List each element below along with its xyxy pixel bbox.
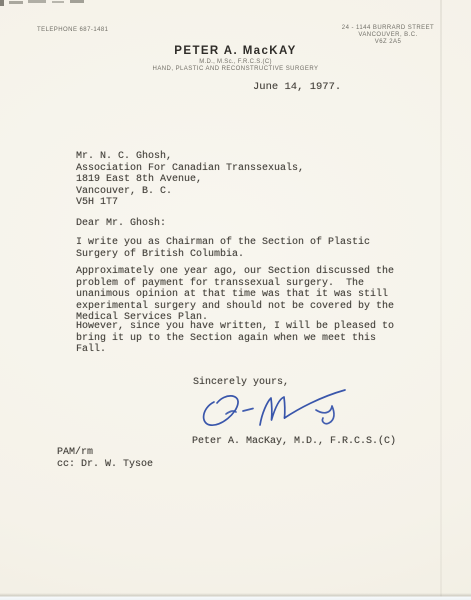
letterhead-address: 24 - 1144 BURRARD STREETVANCOUVER, B.C.V… <box>330 25 446 46</box>
text-line: However, since you have written, I will … <box>76 321 394 333</box>
cc-line: cc: Dr. W. Tysoe <box>57 459 153 471</box>
text-line: bring it up to the Section again when we… <box>76 333 394 345</box>
text-line: Mr. N. C. Ghosh, <box>76 151 304 163</box>
scanned-letter-page: TELEPHONE 687-1481 24 - 1144 BURRARD STR… <box>0 0 471 600</box>
salutation: Dear Mr. Ghosh: <box>76 218 166 230</box>
text-line: experimental surgery and should not be c… <box>76 301 394 313</box>
reference-initials: PAM/rm <box>57 447 93 459</box>
signer-typed-name: Peter A. MacKay, M.D., F.R.C.S.(C) <box>192 436 396 448</box>
text-line: 24 - 1144 BURRARD STREET <box>330 25 446 32</box>
text-line: Association For Canadian Transsexuals, <box>76 163 304 175</box>
recipient-address-block: Mr. N. C. Ghosh,Association For Canadian… <box>76 151 304 209</box>
text-line: Fall. <box>76 344 394 356</box>
handwritten-signature <box>190 386 355 438</box>
letterhead-specialty: HAND, PLASTIC AND RECONSTRUCTIVE SURGERY <box>0 66 471 73</box>
paper-bottom-edge <box>0 593 471 600</box>
scan-artifact-top-left <box>0 0 90 7</box>
text-line: 1819 East 8th Avenue, <box>76 174 304 186</box>
text-line: VANCOUVER, B.C. <box>330 32 446 39</box>
body-paragraph-1: I write you as Chairman of the Section o… <box>76 237 370 260</box>
text-line: problem of payment for transsexual surge… <box>76 278 394 290</box>
text-line: unanimous opinion at that time was that … <box>76 289 394 301</box>
letterhead-telephone: TELEPHONE 687-1481 <box>37 27 108 34</box>
signature-strokes <box>204 390 345 425</box>
paper-crease <box>440 0 442 600</box>
text-line: I write you as Chairman of the Section o… <box>76 237 370 249</box>
letterhead-name: PETER A. MacKAY <box>0 45 471 57</box>
letter-date: June 14, 1977. <box>253 82 341 94</box>
text-line: Vancouver, B. C. <box>76 186 304 198</box>
text-line: Surgery of British Columbia. <box>76 249 370 261</box>
text-line: V5H 1T7 <box>76 197 304 209</box>
body-paragraph-2: Approximately one year ago, our Section … <box>76 266 394 324</box>
text-line: Approximately one year ago, our Section … <box>76 266 394 278</box>
body-paragraph-3: However, since you have written, I will … <box>76 321 394 356</box>
